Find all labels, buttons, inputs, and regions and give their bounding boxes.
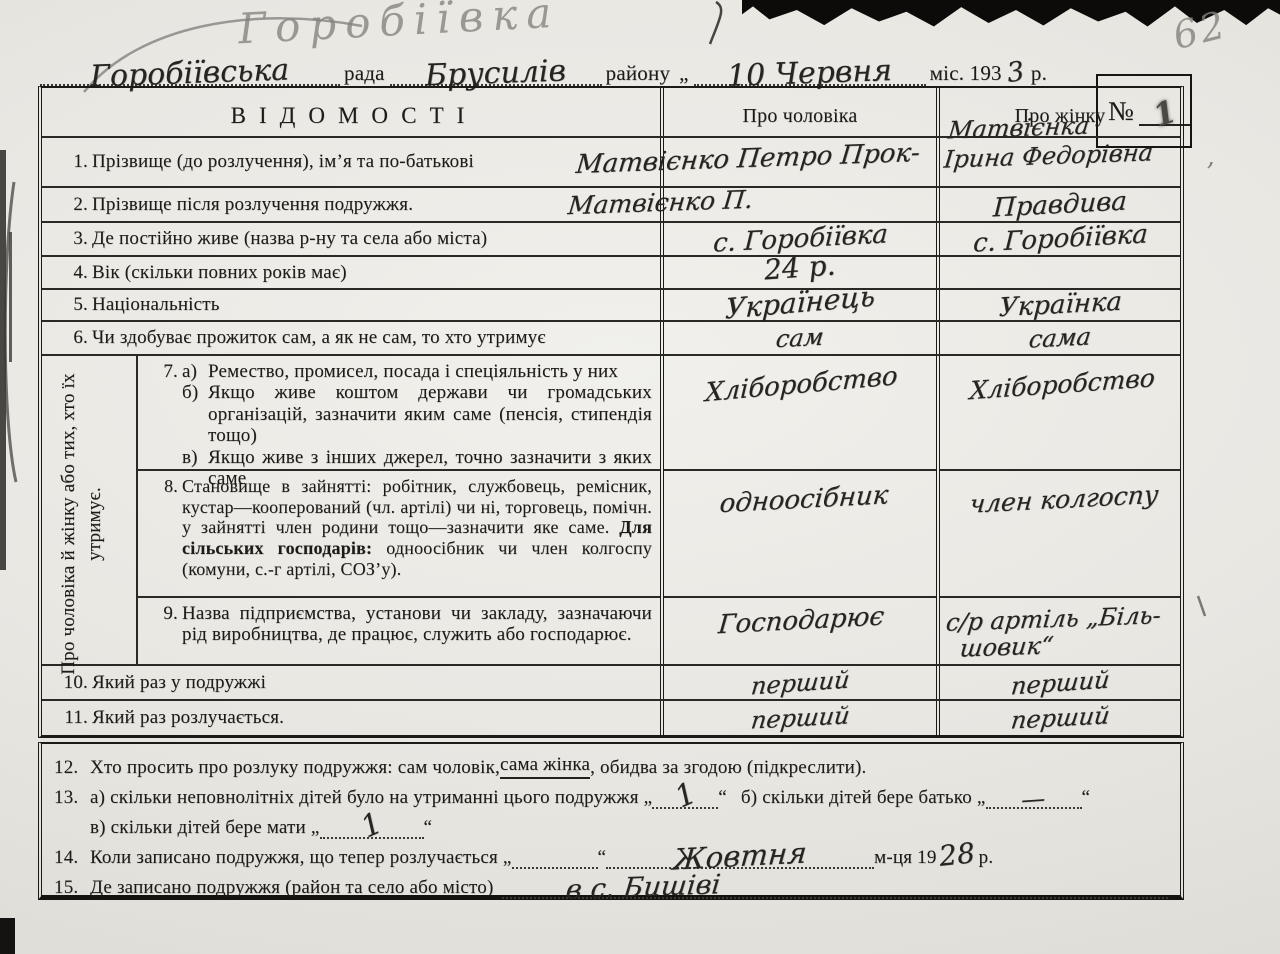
table-row: 10.Який раз у подружжі перший перший [42, 664, 1180, 699]
husband-workplace-handwriting: Господарює [715, 601, 886, 668]
table-block-rows-7-9: Про чоловіка й жінку або тих, хто їх утр… [42, 354, 1180, 664]
table-row: 5.Національність Українець Українка [42, 288, 1180, 320]
item-text: Якщо живе коштом держави чи громадських … [208, 382, 652, 446]
item-text: Ремество, промисел, посада і спеціяльніс… [208, 361, 652, 382]
item-letter: а) [182, 361, 208, 382]
question-number: 5. [56, 294, 88, 316]
husband-marriage-count-handwriting: перший [749, 665, 850, 700]
month-suffix-text: м-ця 19 [874, 847, 936, 869]
wife-value-handwriting: сама [1027, 322, 1092, 353]
table-row: 2.Прізвище після розлучення подружжя. Ма… [42, 186, 1180, 221]
mother-children-line: 1 [320, 813, 424, 839]
wife-divorce-count-handwriting: перший [1009, 701, 1111, 734]
wife-value-handwriting: с. Горобіївка [972, 219, 1148, 258]
item-letter: б) [182, 382, 208, 446]
father-children-line: — [986, 783, 1082, 809]
question-13c-text: в) скільки дітей бере мати „ [90, 817, 320, 839]
scanned-divorce-record: { "pencil": { "top_script": "Горобіївка"… [0, 0, 1280, 954]
question-text: Який раз розлучається. [92, 707, 284, 729]
headline: Горобіївська рада Брусилів району „ 10 Ч… [40, 42, 1088, 86]
marriage-year-handwriting: 28 [937, 836, 976, 873]
wife-surname-handwriting: Матвієнка [947, 111, 1091, 144]
wife-nationality-handwriting: Українка [998, 287, 1122, 324]
marriage-month-line: Жовтня [606, 843, 874, 869]
year-suffix-label: р. [1031, 61, 1047, 86]
question-number: 12. [54, 757, 90, 779]
rayonu-label: району [606, 61, 671, 86]
question-number: 14. [54, 847, 90, 869]
question-12: 12. Хто просить про розлуку подружжя: са… [54, 749, 1168, 779]
question-9: 9. Назва підприємства, установи чи закла… [138, 596, 660, 664]
question-number: 7. [146, 361, 178, 469]
question-number: 13. [54, 787, 90, 809]
wife-marriage-count-handwriting: перший [1009, 665, 1110, 700]
question-text: Вік (скільки повних років має) [92, 262, 347, 284]
question-8: 8. Становище в зайнятті: робітник, служб… [138, 469, 660, 596]
table-row: 6.Чи здобуває прожиток сам, а як не сам,… [42, 320, 1180, 354]
wife-value-handwriting: Правдива [992, 186, 1127, 223]
council-name-line: Горобіївська [40, 46, 340, 86]
husband-divorce-count-handwriting: перший [749, 701, 851, 734]
husband-occupation-handwriting: Хліборобство [701, 361, 899, 478]
question-text: Чи здобуває прожиток сам, а як не сам, т… [92, 327, 546, 349]
question-number: 1. [56, 151, 88, 173]
year-suffix-text: р. [979, 847, 994, 869]
side-label-column: Про чоловіка й жінку або тих, хто їх утр… [42, 356, 138, 664]
scan-edge-strip [0, 150, 6, 570]
marriage-place-line: в с. Бишіві [502, 873, 1168, 899]
question-13b-text: б) скільки дітей бере батько „ [741, 787, 986, 809]
details-table: ВІДОМОСТІ Про чоловіка Про жінку 1.Прізв… [38, 86, 1184, 738]
question-text: Становище в зайнятті: робітник, службове… [182, 476, 652, 537]
question-number: 11. [56, 707, 88, 729]
husband-value-handwriting: Матвієнко П. [567, 185, 755, 221]
question-text: Де постійно живе (назва р-ну та села або… [92, 228, 487, 250]
open-quote: „ [679, 61, 689, 86]
husband-value-handwriting: сам [774, 323, 825, 354]
month-label: міс. 193 [930, 61, 1002, 86]
question-number: 8. [146, 476, 178, 596]
question-number: 6. [56, 327, 88, 349]
bottom-questions-box: 12. Хто просить про розлуку подружжя: са… [38, 742, 1184, 900]
table-row: 4.Вік (скільки повних років має) 24 р. [42, 255, 1180, 288]
blank-line [512, 843, 598, 869]
year-digit-handwriting: 3 [1005, 56, 1026, 89]
question-text: Хто просить про розлуку подружжя: сам чо… [90, 757, 500, 779]
marriage-place-handwriting: в с. Бишіві [564, 869, 722, 906]
rada-label: рада [344, 61, 385, 86]
question-text: Національність [92, 294, 220, 316]
question-15: 15. Де записано подружжя (район та село … [54, 869, 1168, 899]
husband-age-handwriting: 24 р. [763, 249, 836, 287]
district-name-line: Брусилів [390, 46, 602, 86]
question-13c: в) скільки дітей бере мати „ 1 “ [54, 809, 1168, 839]
pencil-tick: ’ [1206, 158, 1214, 188]
question-number: 15. [54, 877, 90, 899]
side-label-text: Про чоловіка й жінку або тих, хто їх утр… [56, 371, 120, 677]
table-row: 11.Який раз розлучається. перший перший [42, 699, 1180, 735]
scan-corner-mark [0, 918, 15, 954]
question-text: Прізвище (до розлучення), ім’я та по-бат… [92, 151, 474, 173]
question-number: 10. [56, 672, 88, 694]
close-quote: “ [1082, 787, 1091, 809]
question-text: Прізвище після розлучення подружжя. [92, 194, 413, 216]
wife-status-handwriting: член колгоспу [961, 480, 1159, 602]
husband-status-handwriting: одноосібник [711, 480, 889, 600]
question-13ab: 13. а) скільки неповнолітніх дітей було … [54, 779, 1168, 809]
wife-workplace-handwriting-line2: шовик“ [959, 631, 1055, 662]
pencil-archive-number: 62 [1168, 2, 1231, 58]
question-number: 3. [56, 228, 88, 250]
question-text: Коли записано подружжя, що тепер розлуча… [90, 847, 512, 869]
wife-name-handwriting: Ірина Федорівна [943, 138, 1155, 173]
question-number: 2. [56, 194, 88, 216]
question-text: Де записано подружжя (район та село або … [90, 877, 494, 899]
close-quote: “ [424, 817, 433, 839]
question-14: 14. Коли записано подружжя, що тепер роз… [54, 839, 1168, 869]
close-quote: “ [718, 787, 727, 809]
children-count-line: 1 [652, 783, 718, 809]
question-text: Який раз у подружжі [92, 672, 266, 694]
question-7: 7. а)Ремество, промисел, посада і спеція… [138, 356, 660, 469]
column-header-husband: Про чоловіка [660, 88, 936, 136]
table-row: 3.Де постійно живе (назва р-ну та села а… [42, 221, 1180, 255]
table-title: ВІДОМОСТІ [42, 88, 660, 136]
question-number: 9. [146, 603, 178, 664]
scan-edge-bar [9, 232, 12, 362]
table-row: 1.Прізвище (до розлучення), ім’я та по-б… [42, 136, 1180, 186]
question-text: Назва підприємства, установи чи закладу,… [182, 603, 652, 664]
question-text-rest: , обидва за згодою (підкреслити). [590, 757, 866, 779]
wife-occupation-handwriting: Хліборобство [964, 363, 1156, 476]
date-line: 10 Червня [694, 46, 926, 86]
question-number: 4. [56, 262, 88, 284]
close-quote: “ [598, 847, 607, 869]
underlined-choice: сама жінка [500, 754, 590, 779]
